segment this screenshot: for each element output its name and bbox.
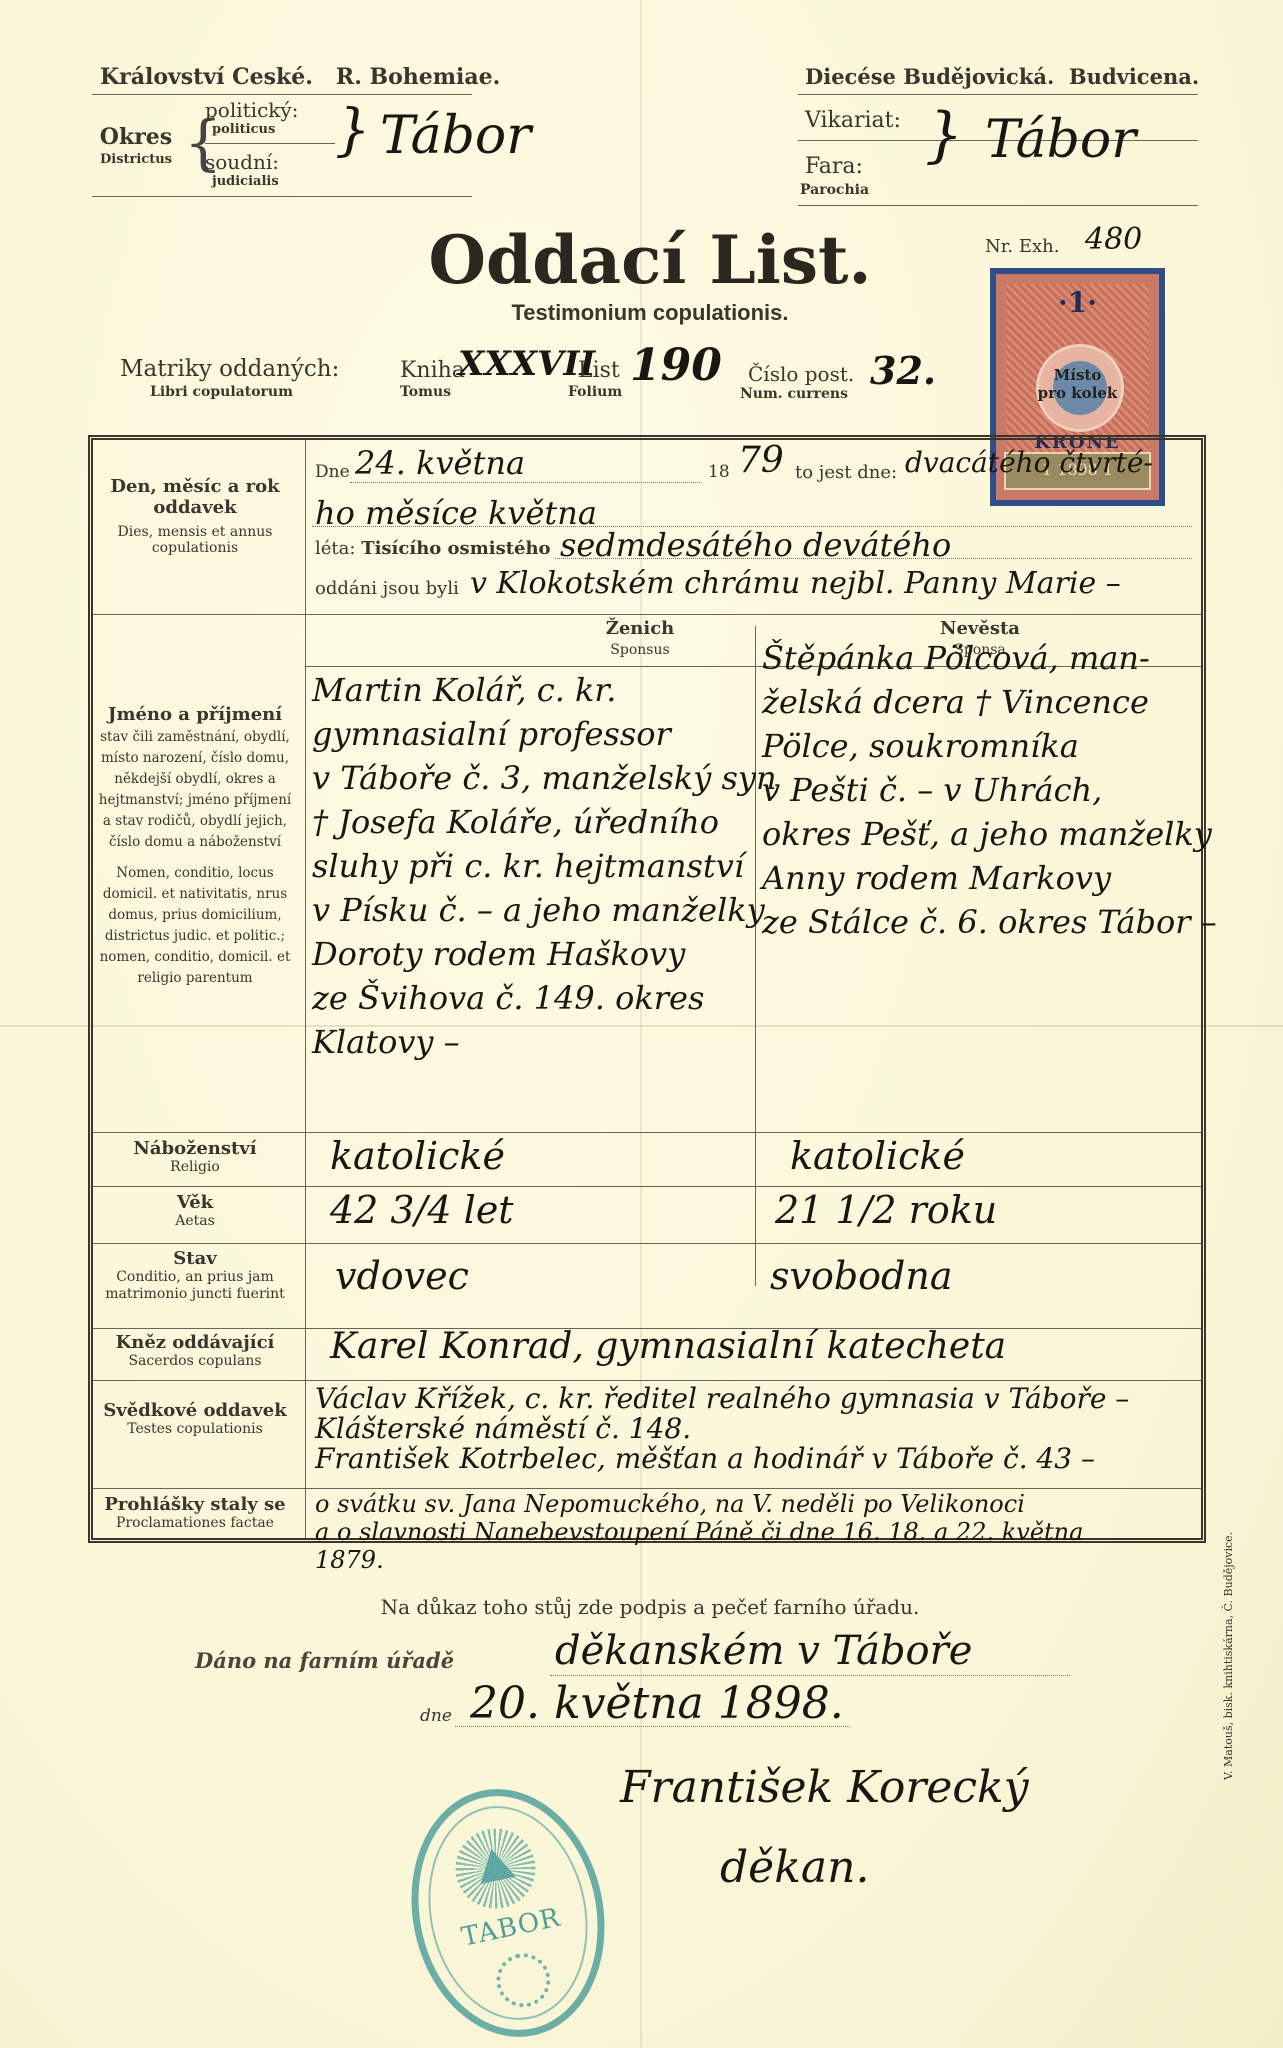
witnesses-label: Svědkové oddavek bbox=[95, 1400, 295, 1421]
groom-age: 42 3/4 let bbox=[330, 1188, 514, 1232]
document-title: Oddací List. bbox=[420, 222, 880, 298]
bride-line: Štěpánka Pölcová, man- bbox=[762, 636, 1202, 680]
attestation-text: Na důkaz toho stůj zde podpis a pečeť fa… bbox=[290, 1595, 1010, 1619]
cislo-value: 32. bbox=[870, 348, 936, 393]
signature-title: děkan. bbox=[720, 1842, 869, 1893]
groom-header: Ženich bbox=[580, 618, 700, 639]
religion-label: Náboženství bbox=[95, 1138, 295, 1159]
kingdom-label: Království Ceské. R. Bohemiae. bbox=[100, 64, 500, 90]
proclamations-label: Prohlášky staly se bbox=[95, 1494, 295, 1515]
groom-line: † Josefa Koláře, úředního bbox=[312, 800, 752, 844]
stamp-overprint-line: pro kolek bbox=[996, 384, 1159, 402]
fara-label: Fara: bbox=[805, 154, 863, 179]
leta-printed: Tisícího osmistého bbox=[361, 538, 550, 559]
cislo-label: Číslo post. bbox=[748, 362, 854, 386]
priest-row-label: Kněz oddávající Sacerdos copulans bbox=[95, 1332, 295, 1369]
dne-value: 24. května bbox=[355, 444, 525, 482]
list-latin: Folium bbox=[568, 384, 622, 400]
proclamation-line: 1879. bbox=[315, 1546, 1195, 1574]
age-row-label: Věk Aetas bbox=[95, 1192, 295, 1229]
okres-latin: Districtus bbox=[88, 152, 184, 167]
groom-line: Klatovy – bbox=[312, 1020, 752, 1064]
witness-line: František Kotrbelec, měšťan a hodinář v … bbox=[315, 1444, 1245, 1474]
stamp-overprint: Místo pro kolek bbox=[996, 366, 1159, 402]
document-subtitle: Testimonium copulationis. bbox=[470, 300, 830, 326]
groom-line: Martin Kolář, c. kr. bbox=[312, 668, 752, 712]
politicky-label: politický: bbox=[205, 98, 298, 122]
signature-name: František Korecký bbox=[620, 1762, 1029, 1813]
bride-details: Štěpánka Pölcová, man-želská dcera † Vin… bbox=[762, 636, 1202, 944]
kniha-label: Kniha bbox=[400, 358, 465, 383]
printer-imprint: V. Matouš, bisk. knihtiskárna, Č. Budějo… bbox=[1222, 1532, 1235, 1780]
bride-line: okres Pešť, a jeho manželky bbox=[762, 812, 1202, 856]
groom-line: Doroty rodem Haškovy bbox=[312, 932, 752, 976]
given-label: Dáno na farním úřadě bbox=[195, 1648, 454, 1673]
priest-label: Kněz oddávající bbox=[95, 1332, 295, 1353]
bride-status: svobodna bbox=[770, 1254, 953, 1298]
stamp-overprint-line: Místo bbox=[996, 366, 1159, 384]
date-label-latin: Dies, mensis et annus copulationis bbox=[95, 524, 295, 556]
status-label: Stav bbox=[95, 1248, 295, 1269]
groom-status: vdovec bbox=[335, 1254, 469, 1298]
fara-latin: Parochia bbox=[800, 182, 869, 198]
to-jest-label: to jest dne: bbox=[795, 462, 897, 483]
bride-line: ze Stálce č. 6. okres Tábor – bbox=[762, 900, 1202, 944]
district-value: Tábor bbox=[380, 106, 531, 166]
oddani-label: oddáni jsou byli bbox=[315, 578, 459, 599]
bride-age: 21 1/2 roku bbox=[775, 1188, 997, 1232]
priest-label-latin: Sacerdos copulans bbox=[95, 1353, 295, 1369]
list-value: 190 bbox=[630, 340, 722, 391]
stamp-value: ·1· bbox=[996, 286, 1159, 319]
registry-label: Matriky oddaných: bbox=[120, 356, 339, 382]
witness-line: Klášterské náměstí č. 148. bbox=[315, 1414, 1245, 1444]
religion-label-latin: Religio bbox=[95, 1159, 295, 1175]
names-row-label: Jméno a příjmení stav čili zaměstnání, o… bbox=[95, 704, 295, 989]
priest-value: Karel Konrad, gymnasialní katecheta bbox=[330, 1326, 1006, 1367]
registry-latin: Libri copulatorum bbox=[150, 384, 293, 400]
bride-line: Pölce, soukromníka bbox=[762, 724, 1202, 768]
diocese-text: Diecése Budějovická. bbox=[805, 64, 1054, 89]
religion-row-label: Náboženství Religio bbox=[95, 1138, 295, 1175]
nr-exh-value: 480 bbox=[1085, 222, 1142, 257]
footer-dne-label: dne bbox=[420, 1706, 452, 1726]
okres-label: Okres bbox=[88, 124, 184, 150]
nr-exh-label: Nr. Exh. bbox=[985, 236, 1059, 257]
oddani-value: v Klokotském chrámu nejbl. Panny Marie – bbox=[470, 566, 1121, 601]
proclamation-line: o svátku sv. Jana Nepomuckého, na V. ned… bbox=[315, 1490, 1195, 1518]
brace-icon: } bbox=[335, 98, 371, 163]
kingdom-latin: R. Bohemiae. bbox=[336, 64, 500, 90]
groom-line: gymnasialní professor bbox=[312, 712, 752, 756]
groom-header-latin: Sponsus bbox=[580, 642, 700, 658]
groom-religion: katolické bbox=[330, 1134, 505, 1178]
names-label-latin: Nomen, conditio, locus domicil. et nativ… bbox=[95, 863, 295, 989]
cislo-latin: Num. currens bbox=[740, 386, 848, 402]
date-label: Den, měsíc a rok oddavek bbox=[95, 476, 295, 518]
kingdom-text: Království Ceské. bbox=[100, 64, 313, 90]
status-row-label: Stav Conditio, an prius jam matrimonio j… bbox=[95, 1248, 295, 1303]
vikariat-label: Vikariat: bbox=[805, 108, 901, 133]
bride-line: Anny rodem Markovy bbox=[762, 856, 1202, 900]
age-label: Věk bbox=[95, 1192, 295, 1213]
year-value: 79 bbox=[738, 440, 784, 481]
bride-line: v Pešti č. – v Uhrách, bbox=[762, 768, 1202, 812]
proclamations-row-label: Prohlášky staly se Proclamationes factae bbox=[95, 1494, 295, 1531]
names-label-detail: stav čili zaměstnání, obydlí, místo naro… bbox=[95, 727, 295, 853]
names-label: Jméno a příjmení bbox=[95, 704, 295, 725]
proclamation-line: a o slavnosti Nanebevstoupení Páně či dn… bbox=[315, 1518, 1195, 1546]
age-label-latin: Aetas bbox=[95, 1213, 295, 1229]
to-jest-value: dvacátého čtvrté- bbox=[905, 446, 1153, 479]
proclamations-details: o svátku sv. Jana Nepomuckého, na V. ned… bbox=[315, 1490, 1195, 1574]
bride-religion: katolické bbox=[790, 1134, 965, 1178]
groom-details: Martin Kolář, c. kr.gymnasialní professo… bbox=[312, 668, 752, 1064]
parish-value: Tábor bbox=[985, 110, 1136, 170]
proclamations-label-latin: Proclamationes factae bbox=[95, 1515, 295, 1531]
witness-line: Václav Křížek, c. kr. ředitel realného g… bbox=[315, 1384, 1245, 1414]
leta-label: léta: bbox=[315, 538, 355, 559]
brace-icon: } bbox=[925, 100, 963, 170]
groom-line: ze Švihova č. 149. okres bbox=[312, 976, 752, 1020]
footer-date-value: 20. května 1898. bbox=[470, 1678, 844, 1729]
date-row-label: Den, měsíc a rok oddavek Dies, mensis et… bbox=[95, 476, 295, 556]
witnesses-row-label: Svědkové oddavek Testes copulationis bbox=[95, 1400, 295, 1437]
diocese-label: Diecése Budějovická. Budvicena. bbox=[805, 64, 1199, 89]
kniha-value: XXXVII bbox=[458, 344, 595, 384]
diocese-latin: Budvicena. bbox=[1069, 64, 1199, 89]
leta-row: léta: Tisícího osmistého bbox=[315, 538, 551, 559]
status-label-latin: Conditio, an prius jam matrimonio juncti… bbox=[95, 1269, 295, 1303]
witnesses-label-latin: Testes copulationis bbox=[95, 1421, 295, 1437]
groom-line: sluhy při c. kr. hejtmanství bbox=[312, 844, 752, 888]
bride-line: želská dcera † Vincence bbox=[762, 680, 1202, 724]
soudni-latin: judicialis bbox=[212, 174, 279, 189]
politicky-latin: politicus bbox=[212, 122, 275, 137]
list-label: List bbox=[578, 358, 620, 383]
soudni-label: soudní: bbox=[205, 150, 279, 174]
groom-line: v Písku č. – a jeho manželky bbox=[312, 888, 752, 932]
kniha-latin: Tomus bbox=[400, 384, 451, 400]
year-prefix: 18 bbox=[708, 462, 730, 482]
dne-label: Dne bbox=[315, 462, 350, 482]
witnesses-details: Václav Křížek, c. kr. ředitel realného g… bbox=[315, 1384, 1245, 1474]
given-value: děkanském v Táboře bbox=[555, 1628, 972, 1674]
groom-line: v Táboře č. 3, manželský syn bbox=[312, 756, 752, 800]
